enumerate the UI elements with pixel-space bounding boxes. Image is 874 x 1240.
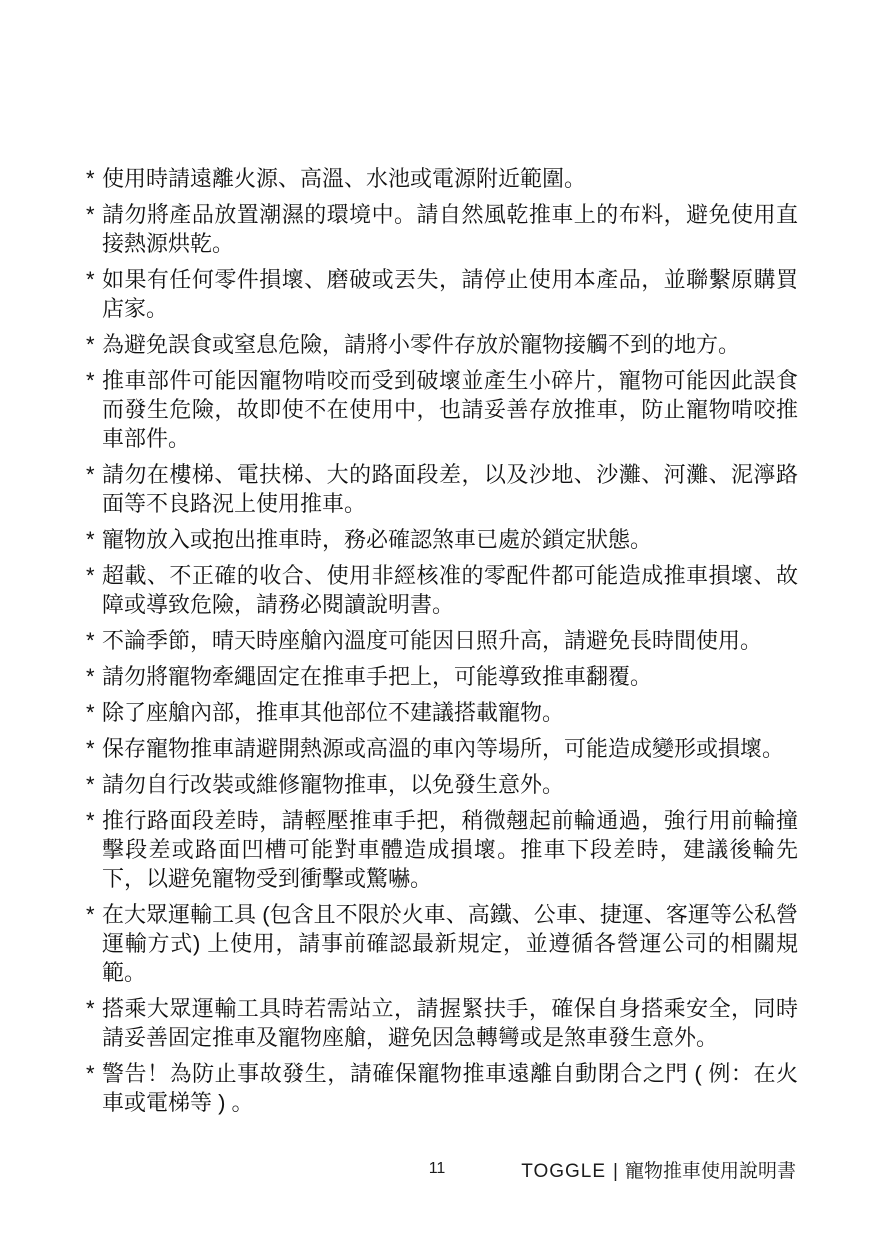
bullet-marker: * bbox=[86, 770, 100, 799]
notice-text: 為避免誤食或窒息危險，請將小零件存放於寵物接觸不到的地方。 bbox=[102, 332, 740, 357]
notice-text: 超載、不正確的收合、使用非經核准的零配件都可能造成推車損壞、故障或導致危險，請務… bbox=[102, 563, 798, 617]
list-item: * 請勿將產品放置潮濕的環境中。請自然風乾推車上的布料，避免使用直接熱源烘乾。 bbox=[86, 200, 798, 258]
list-item: * 警告！為防止事故發生，請確保寵物推車遠離自動閉合之門 ( 例：在火車或電梯等… bbox=[86, 1059, 798, 1117]
notice-text: 請勿自行改裝或維修寵物推車，以免發生意外。 bbox=[102, 772, 564, 797]
bullet-marker: * bbox=[86, 525, 100, 554]
notice-text: 請勿在樓梯、電扶梯、大的路面段差，以及沙地、沙灘、河灘、泥濘路面等不良路況上使用… bbox=[102, 462, 798, 516]
bullet-marker: * bbox=[86, 806, 100, 835]
bullet-marker: * bbox=[86, 994, 100, 1023]
list-item: * 推車部件可能因寵物啃咬而受到破壞並產生小碎片，寵物可能因此誤食而發生危險，故… bbox=[86, 366, 798, 453]
notice-text: 搭乘大眾運輸工具時若需站立，請握緊扶手，確保自身搭乘安全，同時請妥善固定推車及寵… bbox=[102, 996, 798, 1050]
list-item: * 在大眾運輸工具 (包含且不限於火車、高鐵、公車、捷運、客運等公私營運輸方式)… bbox=[86, 900, 798, 987]
list-item: * 不論季節，晴天時座艙內溫度可能因日照升高，請避免長時間使用。 bbox=[86, 626, 798, 655]
list-item: * 推行路面段差時，請輕壓推車手把，稍微翹起前輪通過，強行用前輪撞擊段差或路面凹… bbox=[86, 806, 798, 893]
notice-text: 推行路面段差時，請輕壓推車手把，稍微翹起前輪通過，強行用前輪撞擊段差或路面凹槽可… bbox=[102, 808, 798, 891]
notice-text: 如果有任何零件損壞、磨破或丟失，請停止使用本產品，並聯繫原購買店家。 bbox=[102, 267, 798, 321]
notice-text: 使用時請遠離火源、高溫、水池或電源附近範圍。 bbox=[102, 166, 586, 191]
bullet-marker: * bbox=[86, 265, 100, 294]
doc-title: 寵物推車使用說明書 bbox=[625, 1161, 796, 1182]
list-item: * 除了座艙內部，推車其他部位不建議搭載寵物。 bbox=[86, 698, 798, 727]
notice-text: 不論季節，晴天時座艙內溫度可能因日照升高，請避免長時間使用。 bbox=[102, 628, 762, 653]
list-item: * 保存寵物推車請避開熱源或高溫的車內等場所，可能造成變形或損壞。 bbox=[86, 734, 798, 763]
notice-text: 保存寵物推車請避開熱源或高溫的車內等場所，可能造成變形或損壞。 bbox=[102, 736, 784, 761]
notice-text: 除了座艙內部，推車其他部位不建議搭載寵物。 bbox=[102, 700, 564, 725]
list-item: * 搭乘大眾運輸工具時若需站立，請握緊扶手，確保自身搭乘安全，同時請妥善固定推車… bbox=[86, 994, 798, 1052]
notice-text: 在大眾運輸工具 (包含且不限於火車、高鐵、公車、捷運、客運等公私營運輸方式) 上… bbox=[102, 902, 798, 985]
brand-name: TOGGLE bbox=[521, 1161, 606, 1182]
list-item: * 使用時請遠離火源、高溫、水池或電源附近範圍。 bbox=[86, 164, 798, 193]
bullet-marker: * bbox=[86, 164, 100, 193]
list-item: * 超載、不正確的收合、使用非經核准的零配件都可能造成推車損壞、故障或導致危險，… bbox=[86, 561, 798, 619]
bullet-marker: * bbox=[86, 626, 100, 655]
list-item: * 寵物放入或抱出推車時，務必確認煞車已處於鎖定狀態。 bbox=[86, 525, 798, 554]
bullet-marker: * bbox=[86, 900, 100, 929]
safety-notice-list: * 使用時請遠離火源、高溫、水池或電源附近範圍。 * 請勿將產品放置潮濕的環境中… bbox=[86, 164, 798, 1124]
list-item: * 請勿在樓梯、電扶梯、大的路面段差，以及沙地、沙灘、河灘、泥濘路面等不良路況上… bbox=[86, 460, 798, 518]
manual-page: * 使用時請遠離火源、高溫、水池或電源附近範圍。 * 請勿將產品放置潮濕的環境中… bbox=[0, 0, 874, 1240]
bullet-marker: * bbox=[86, 561, 100, 590]
bullet-marker: * bbox=[86, 366, 100, 395]
bullet-marker: * bbox=[86, 460, 100, 489]
list-item: * 請勿將寵物牽繩固定在推車手把上，可能導致推車翻覆。 bbox=[86, 662, 798, 691]
bullet-marker: * bbox=[86, 662, 100, 691]
notice-text: 警告！為防止事故發生，請確保寵物推車遠離自動閉合之門 ( 例：在火車或電梯等 )… bbox=[102, 1061, 798, 1115]
list-item: * 請勿自行改裝或維修寵物推車，以免發生意外。 bbox=[86, 770, 798, 799]
footer-separator: | bbox=[613, 1161, 618, 1183]
notice-text: 請勿將寵物牽繩固定在推車手把上，可能導致推車翻覆。 bbox=[102, 664, 652, 689]
list-item: * 為避免誤食或窒息危險，請將小零件存放於寵物接觸不到的地方。 bbox=[86, 330, 798, 359]
notice-text: 請勿將產品放置潮濕的環境中。請自然風乾推車上的布料，避免使用直接熱源烘乾。 bbox=[102, 202, 798, 256]
notice-text: 推車部件可能因寵物啃咬而受到破壞並產生小碎片，寵物可能因此誤食而發生危險，故即使… bbox=[102, 368, 798, 451]
list-item: * 如果有任何零件損壞、磨破或丟失，請停止使用本產品，並聯繫原購買店家。 bbox=[86, 265, 798, 323]
bullet-marker: * bbox=[86, 734, 100, 763]
bullet-marker: * bbox=[86, 698, 100, 727]
bullet-marker: * bbox=[86, 1059, 100, 1088]
footer-doc-title: TOGGLE|寵物推車使用說明書 bbox=[521, 1156, 796, 1183]
bullet-marker: * bbox=[86, 330, 100, 359]
notice-text: 寵物放入或抱出推車時，務必確認煞車已處於鎖定狀態。 bbox=[102, 527, 652, 552]
bullet-marker: * bbox=[86, 200, 100, 229]
